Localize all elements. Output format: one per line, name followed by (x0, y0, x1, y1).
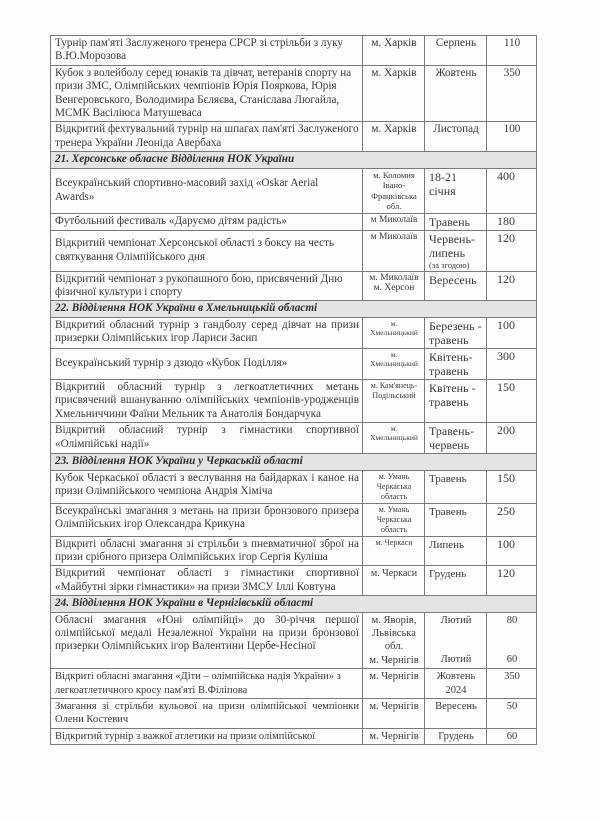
event-name: Відкритий обласний турнір з гімнастики с… (51, 423, 363, 454)
event-month: Грудень (425, 728, 487, 744)
event-place: м. Черкаси (363, 566, 425, 596)
participants-count: 400 (487, 168, 537, 213)
table-row: Відкритий чемпіонат Херсонської області … (51, 230, 537, 271)
event-month: Вересень (425, 271, 487, 301)
table-row: Змагання зі стрільби кульової на призи о… (51, 698, 537, 728)
event-place: м. Умань Черкаська область (363, 470, 425, 503)
event-name: Відкритий чемпіонат Херсонської області … (51, 230, 363, 271)
participants-count: 150 (487, 470, 537, 503)
event-month: Червень-липень (за згодою) (425, 230, 487, 271)
section-title: 24. Відділення НОК України в Чернігівськ… (51, 596, 537, 612)
section-header: 23. Відділення НОК України у Черкаській … (51, 454, 537, 470)
event-month: Квітень-травень (425, 348, 487, 379)
event-month: Травень-червень (425, 423, 487, 454)
event-place: м. Харків (363, 122, 425, 152)
event-name: Відкритий чемпіонат області з гімнастики… (51, 566, 363, 596)
event-month: Жовтень 2024 (425, 669, 487, 699)
participants-count-line: 60 (491, 653, 533, 666)
table-row: Відкритий турнір з важкої атлетики на пр… (51, 728, 537, 744)
event-name: Турнір пам'яті Заслуженого тренера СРСР … (51, 36, 363, 66)
event-month: Листопад (425, 122, 487, 152)
event-name: Відкритий чемпіонат з рукопашного бою, п… (51, 271, 363, 301)
event-place: м. Хмельницький (363, 317, 425, 348)
event-name: Відкритий фехтувальний турнір на шпагах … (51, 122, 363, 152)
table-row: Всеукраїнські змагання з метань на призи… (51, 503, 537, 536)
event-place: м. Яворів, Львівська обл. м. Чернігів (363, 612, 425, 669)
event-name: Обласні змагання «Юні олімпійці» до 30-р… (51, 612, 363, 669)
participants-count: 100 (487, 536, 537, 566)
section-title: 23. Відділення НОК України у Черкаській … (51, 454, 537, 470)
event-place: м. Чернігів (363, 669, 425, 699)
event-place: м Миколаїв (363, 230, 425, 271)
participants-count: 120 (487, 230, 537, 271)
event-month: Жовтень (425, 65, 487, 122)
event-name: Кубок Черкаської області з веслування на… (51, 470, 363, 503)
event-name: Всеукраїнський турнір з дзюдо «Кубок Под… (51, 348, 363, 379)
participants-count-line: 80 (491, 614, 533, 627)
participants-count: 250 (487, 503, 537, 536)
event-month-line: Лютий (429, 614, 483, 627)
table-row: Відкритий обласний турнір з гімнастики с… (51, 423, 537, 454)
table-row: Обласні змагання «Юні олімпійці» до 30-р… (51, 612, 537, 669)
event-place-line: м. Херсон (367, 283, 421, 294)
event-name: Всеукраїнський спортивно-масовий захід «… (51, 168, 363, 213)
event-place: м. Чернігів (363, 698, 425, 728)
section-header: 24. Відділення НОК України в Чернігівськ… (51, 596, 537, 612)
event-name: Кубок з волейболу серед юнаків та дівчат… (51, 65, 363, 122)
event-month-value: Червень-липень (429, 232, 483, 260)
table-row: Турнір пам'яті Заслуженого тренера СРСР … (51, 36, 537, 66)
participants-count: 120 (487, 566, 537, 596)
event-name: Відкритий обласний турнір з гандболу сер… (51, 317, 363, 348)
section-title: 21. Херсонське обласне Відділення НОК Ук… (51, 152, 537, 168)
event-place: м. Хмельницький (363, 423, 425, 454)
event-place-line: м. Яворів, Львівська обл. (367, 614, 421, 654)
event-place: м. Умань Черкаська область (363, 503, 425, 536)
event-name: Всеукраїнські змагання з метань на призи… (51, 503, 363, 536)
participants-count: 180 (487, 213, 537, 230)
event-month: Травень (425, 503, 487, 536)
table-row: Відкритий обласний турнір з гандболу сер… (51, 317, 537, 348)
section-header: 22. Відділення НОК України в Хмельницькі… (51, 301, 537, 317)
table-row: Всеукраїнський турнір з дзюдо «Кубок Под… (51, 348, 537, 379)
participants-count: 300 (487, 348, 537, 379)
participants-count: 80 60 (487, 612, 537, 669)
event-name: Змагання зі стрільби кульової на призи о… (51, 698, 363, 728)
table-row: Кубок з волейболу серед юнаків та дівчат… (51, 65, 537, 122)
event-month: Травень (425, 470, 487, 503)
event-name: Відкриті обласні змагання зі стрільби з … (51, 536, 363, 566)
event-place: м. Харків (363, 36, 425, 66)
event-place: м. Хмельницький (363, 348, 425, 379)
table-row: Відкритий обласний турнір з легкоатлетич… (51, 379, 537, 422)
event-place-line: м. Чернігів (367, 654, 421, 667)
events-table: Турнір пам'яті Заслуженого тренера СРСР … (50, 35, 537, 745)
table-row: Відкритий фехтувальний турнір на шпагах … (51, 122, 537, 152)
event-place: м Миколаїв (363, 213, 425, 230)
table-row: Відкритий чемпіонат області з гімнастики… (51, 566, 537, 596)
table-row: Футбольний фестиваль «Даруємо дітям раді… (51, 213, 537, 230)
event-month: Липень (425, 536, 487, 566)
event-month: Серпень (425, 36, 487, 66)
event-month-line: Лютий (429, 653, 483, 666)
event-name: Відкритий турнір з важкої атлетики на пр… (51, 728, 363, 744)
table-row: Кубок Черкаської області з веслування на… (51, 470, 537, 503)
event-place: м. Харків (363, 65, 425, 122)
participants-count: 350 (487, 65, 537, 122)
event-month: Березень - травень (425, 317, 487, 348)
participants-count: 200 (487, 423, 537, 454)
table-row: Відкриті обласні змагання зі стрільби з … (51, 536, 537, 566)
participants-count: 50 (487, 698, 537, 728)
event-name: Відкриті обласні змагання «Діти – олімпі… (51, 669, 363, 699)
table-row: Всеукраїнський спортивно-масовий захід «… (51, 168, 537, 213)
event-month: 18-21 січня (425, 168, 487, 213)
section-title: 22. Відділення НОК України в Хмельницькі… (51, 301, 537, 317)
event-month: Травень (425, 213, 487, 230)
participants-count: 120 (487, 271, 537, 301)
event-place: м. Кам'янець-Подільський (363, 379, 425, 422)
event-place: м. Чернігів (363, 728, 425, 744)
participants-count: 150 (487, 379, 537, 422)
event-place: м. Черкаси (363, 536, 425, 566)
section-header: 21. Херсонське обласне Відділення НОК Ук… (51, 152, 537, 168)
event-month: Лютий Лютий (425, 612, 487, 669)
event-month: Вересень (425, 698, 487, 728)
participants-count: 100 (487, 317, 537, 348)
event-place: м. Миколаїв м. Херсон (363, 271, 425, 301)
event-month-note: (за згодою) (429, 260, 483, 270)
table-row: Відкриті обласні змагання «Діти – олімпі… (51, 669, 537, 699)
event-place: м. Коломия Івано-Франківська обл. (363, 168, 425, 213)
participants-count: 60 (487, 728, 537, 744)
participants-count: 100 (487, 122, 537, 152)
event-name: Футбольний фестиваль «Даруємо дітям раді… (51, 213, 363, 230)
table-row: Відкритий чемпіонат з рукопашного бою, п… (51, 271, 537, 301)
participants-count: 350 (487, 669, 537, 699)
event-month: Грудень (425, 566, 487, 596)
event-month: Квітень - травень (425, 379, 487, 422)
participants-count: 110 (487, 36, 537, 66)
event-name: Відкритий обласний турнір з легкоатлетич… (51, 379, 363, 422)
event-place-line: м. Миколаїв (367, 273, 421, 284)
